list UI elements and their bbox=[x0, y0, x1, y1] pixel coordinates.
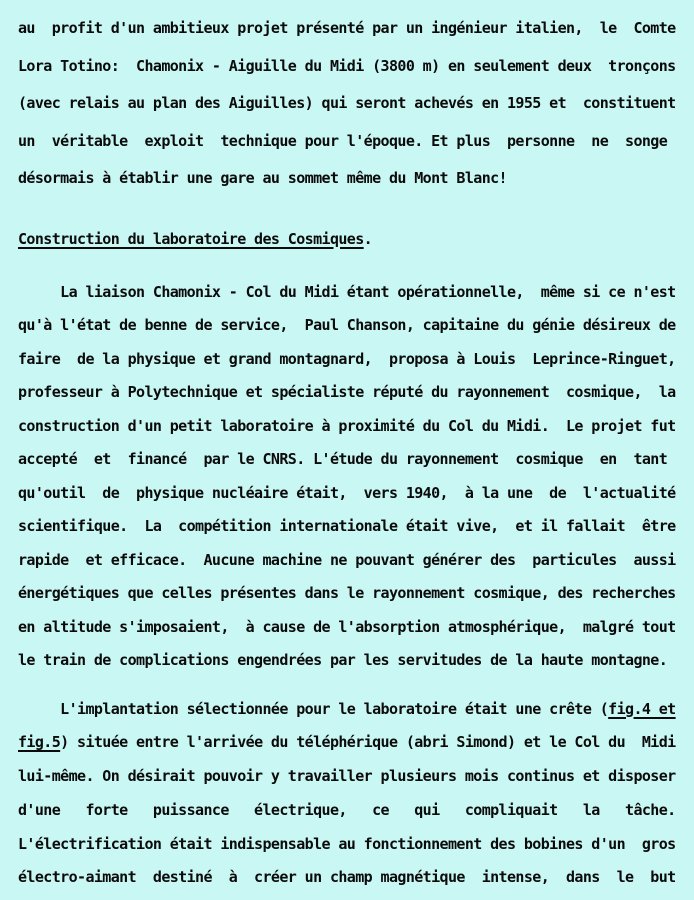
text-segment: au profit d'un ambitieux projet présenté… bbox=[18, 19, 676, 37]
text-segment: lui-même. On désirait pouvoir y travaill… bbox=[18, 767, 676, 785]
text-segment: qu'outil de physique nucléaire était, ve… bbox=[18, 484, 676, 502]
text-segment: (avec relais au plan des Aiguilles) qui … bbox=[18, 94, 676, 112]
text-line: Lora Totino: Chamonix - Aiguille du Midi… bbox=[18, 48, 678, 86]
text-segment: L'implantation sélectionnée pour le labo… bbox=[18, 700, 608, 718]
text-segment: Lora Totino: Chamonix - Aiguille du Midi… bbox=[18, 57, 676, 75]
text-line: rapide et efficace. Aucune machine ne po… bbox=[18, 544, 678, 578]
paragraph-implantation: L'implantation sélectionnée pour le labo… bbox=[18, 693, 678, 896]
text-line: le train de complications engendrées par… bbox=[18, 644, 678, 678]
text-segment: professeur à Polytechnique et spécialist… bbox=[18, 383, 676, 401]
text-line: L'électrification était indispensable au… bbox=[18, 828, 678, 862]
text-line: La liaison Chamonix - Col du Midi étant … bbox=[18, 276, 678, 310]
text-line: L'implantation sélectionnée pour le labo… bbox=[18, 693, 678, 727]
text-line: scientifique. La compétition internation… bbox=[18, 510, 678, 544]
text-segment: L'électrification était indispensable au… bbox=[18, 835, 676, 853]
text-segment: un véritable exploit technique pour l'ép… bbox=[18, 132, 667, 150]
text-line: Construction du laboratoire des Cosmique… bbox=[18, 222, 678, 256]
figure-reference: fig.5 bbox=[18, 733, 60, 751]
text-segment: d'une forte puissance électrique, ce qui… bbox=[18, 801, 676, 819]
text-segment: énergétiques que celles présentes dans l… bbox=[18, 584, 676, 602]
text-line: accepté et financé par le CNRS. L'étude … bbox=[18, 443, 678, 477]
scanned-document-page: au profit d'un ambitieux projet présenté… bbox=[0, 0, 694, 900]
text-segment: ) située entre l'arrivée du téléphérique… bbox=[60, 733, 675, 751]
text-segment: . bbox=[364, 230, 372, 248]
text-line: désormais à établir une gare au sommet m… bbox=[18, 160, 678, 198]
text-line: électro-aimant destiné à créer un champ … bbox=[18, 861, 678, 895]
text-segment: construction d'un petit laboratoire à pr… bbox=[18, 417, 676, 435]
text-line: un véritable exploit technique pour l'ép… bbox=[18, 123, 678, 161]
text-segment: faire de la physique et grand montagnard… bbox=[18, 350, 676, 368]
section-heading: Construction du laboratoire des Cosmique… bbox=[18, 222, 678, 256]
text-segment: désormais à établir une gare au sommet m… bbox=[18, 169, 507, 187]
figure-reference: fig.4 et bbox=[608, 700, 675, 718]
text-line: fig.5) située entre l'arrivée du téléphé… bbox=[18, 726, 678, 760]
text-line: qu'outil de physique nucléaire était, ve… bbox=[18, 477, 678, 511]
document-text: au profit d'un ambitieux projet présenté… bbox=[18, 10, 678, 895]
text-line: au profit d'un ambitieux projet présenté… bbox=[18, 10, 678, 48]
text-segment: en altitude s'imposaient, à cause de l'a… bbox=[18, 618, 676, 636]
text-line: construction d'un petit laboratoire à pr… bbox=[18, 410, 678, 444]
text-line: faire de la physique et grand montagnard… bbox=[18, 343, 678, 377]
text-segment: qu'à l'état de benne de service, Paul Ch… bbox=[18, 316, 676, 334]
text-segment: le train de complications engendrées par… bbox=[18, 651, 667, 669]
text-segment: La liaison Chamonix - Col du Midi étant … bbox=[18, 283, 676, 301]
text-line: énergétiques que celles présentes dans l… bbox=[18, 577, 678, 611]
text-line: (avec relais au plan des Aiguilles) qui … bbox=[18, 85, 678, 123]
heading-text: Construction du laboratoire des Cosmique… bbox=[18, 230, 364, 248]
text-segment: accepté et financé par le CNRS. L'étude … bbox=[18, 450, 667, 468]
text-segment: électro-aimant destiné à créer un champ … bbox=[18, 868, 676, 886]
text-line: lui-même. On désirait pouvoir y travaill… bbox=[18, 760, 678, 794]
paragraph-liaison: La liaison Chamonix - Col du Midi étant … bbox=[18, 276, 678, 678]
text-line: d'une forte puissance électrique, ce qui… bbox=[18, 794, 678, 828]
text-line: en altitude s'imposaient, à cause de l'a… bbox=[18, 611, 678, 645]
text-segment: scientifique. La compétition internation… bbox=[18, 517, 676, 535]
text-segment: rapide et efficace. Aucune machine ne po… bbox=[18, 551, 676, 569]
text-line: professeur à Polytechnique et spécialist… bbox=[18, 376, 678, 410]
text-line: qu'à l'état de benne de service, Paul Ch… bbox=[18, 309, 678, 343]
continuation-paragraph: au profit d'un ambitieux projet présenté… bbox=[18, 10, 678, 198]
